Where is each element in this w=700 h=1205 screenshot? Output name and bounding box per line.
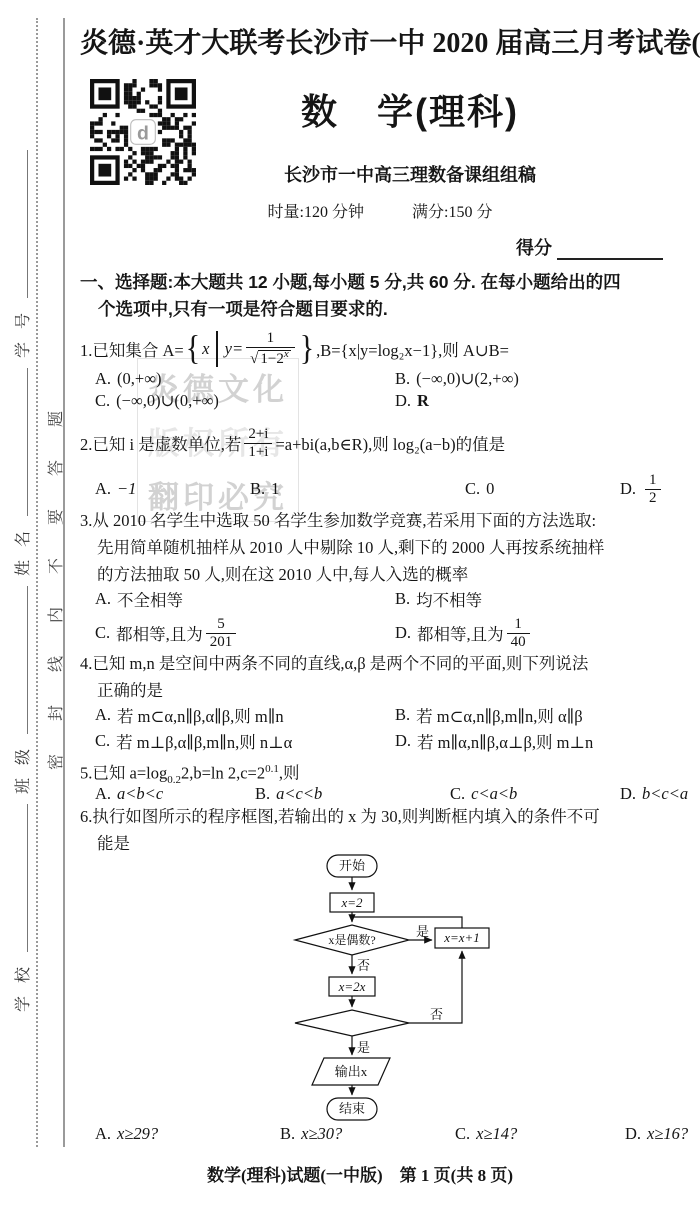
q1-post: ,B={x|y=log₂x−1},则 A∪B=: [316, 337, 509, 361]
option-A: A.a<b<c: [95, 784, 255, 804]
flow-no1-label: 否: [357, 958, 370, 973]
exam-paper-page: 学校 班级 姓名 学号 密封线内不要答题 炎德·英才大联考长沙市一中 2020 …: [0, 0, 700, 1205]
option-A: A.不全相等: [95, 587, 395, 611]
option-C: C.若 m⊥β,α∥β,m∥n,则 n⊥α: [95, 729, 395, 753]
qr-code: d: [90, 79, 196, 185]
subject-title: 数 学(理科): [205, 84, 615, 135]
header-title: 炎德·英才大联考长沙市一中 2020 届高三月考试卷(五): [80, 21, 700, 61]
field-blank-class: [15, 586, 28, 734]
question-2-options: A.−1 B.1 C.0 D.12: [95, 470, 664, 508]
field-label-class: 班级: [10, 736, 33, 794]
flow-increment-label: x=x+1: [443, 930, 480, 945]
option-C: C.c<a<b: [450, 784, 620, 804]
q1-yeq: y=: [225, 339, 243, 359]
q1-brace-right: }: [300, 329, 314, 368]
question-6-stem: 6.执行如图所示的程序框图,若输出的 x 为 30,则判断框内填入的条件不可 能…: [80, 803, 600, 857]
option-A: A.−1: [95, 479, 250, 499]
question-3-stem: 3.从 2010 名学生中选取 50 名学生参加数学竞赛,若采用下面的方法选取:…: [80, 507, 604, 588]
option-B: B.(−∞,0)∪(2,+∞): [395, 369, 519, 389]
section-heading-line1: 一、选择题:本大题共 12 小题,每小题 5 分,共 60 分. 在每小题给出的…: [80, 269, 698, 296]
exam-meta-row: 时量:120 分钟 满分:150 分: [140, 199, 620, 222]
field-blank-school: [15, 804, 28, 952]
section-heading-line2: 个选项中,只有一项是符合题目要求的.: [98, 296, 698, 323]
svg-text:d: d: [137, 123, 149, 145]
score-label: 得分: [516, 234, 552, 260]
q2-fraction: 2+i 1+i: [244, 426, 272, 460]
full-marks: 满分:150 分: [412, 199, 492, 222]
option-D: D.b<c<a: [620, 784, 688, 804]
q2-pre: 2.已知 i 是虚数单位,若: [80, 431, 241, 455]
q1-set-bar: [216, 331, 217, 367]
section-heading: 一、选择题:本大题共 12 小题,每小题 5 分,共 60 分. 在每小题给出的…: [80, 269, 698, 323]
option-C: C.0: [465, 479, 620, 499]
option-C: C.(−∞,0)∪(0,+∞): [95, 391, 395, 411]
option-A: A.x≥29?: [95, 1124, 280, 1144]
seal-text: 密封线内不要答题: [44, 340, 64, 770]
option-D: D.都相等,且为140: [395, 616, 533, 650]
byline: 长沙市一中高三理数备课组组稿: [205, 161, 615, 187]
score-blank: [557, 238, 663, 260]
option-D: D.x≥16?: [625, 1124, 688, 1144]
program-flowchart: 开始 x=2 x是偶数? 是 x=x+1 否 x=2x 否 是 输出x 结束: [250, 850, 550, 1140]
option-B: B.1: [250, 479, 465, 499]
option-A: A.若 m⊂α,n∥β,α∥β,则 m∥n: [95, 703, 395, 727]
question-1-options: A.(0,+∞) B.(−∞,0)∪(2,+∞) C.(−∞,0)∪(0,+∞)…: [95, 369, 519, 411]
option-B: B.若 m⊂α,n∥β,m∥n,则 α∥β: [395, 703, 593, 727]
flow-decision1-label: x是偶数?: [328, 932, 375, 947]
option-D: D.12: [620, 472, 664, 506]
flow-yes2-label: 是: [357, 1040, 370, 1055]
flow-decision2-node: [295, 1010, 409, 1036]
option-B: B.a<c<b: [255, 784, 450, 804]
option-B: B.均不相等: [395, 587, 533, 611]
question-3-options: A.不全相等 B.均不相等 C.都相等,且为5201 D.都相等,且为140: [95, 586, 533, 654]
score-field: 得分: [516, 234, 663, 260]
question-4-options: A.若 m⊂α,n∥β,α∥β,则 m∥n B.若 m⊂α,n∥β,m∥n,则 …: [95, 702, 593, 754]
question-6-options: A.x≥29? B.x≥30? C.x≥14? D.x≥16?: [95, 1122, 688, 1146]
option-A: A.(0,+∞): [95, 369, 395, 389]
option-D: D.R: [395, 391, 519, 411]
q1-pre: 1.已知集合 A=: [80, 337, 184, 361]
flow-output-label: 输出x: [335, 1064, 368, 1079]
option-B: B.x≥30?: [280, 1124, 455, 1144]
student-info-fields: 学校 班级 姓名 学号: [11, 112, 31, 1012]
flow-end-label: 结束: [339, 1101, 365, 1116]
option-C: C.x≥14?: [455, 1124, 625, 1144]
option-C: C.都相等,且为5201: [95, 616, 395, 650]
question-1-stem: 1.已知集合 A= { x y= 1 √1−2x } ,B={x|y=log₂x…: [80, 330, 509, 367]
seal-dotted-line: [36, 18, 38, 1147]
duration: 时量:120 分钟: [268, 199, 364, 222]
field-blank-student-no: [15, 150, 28, 298]
field-blank-name: [15, 368, 28, 516]
flow-yes1-label: 是: [416, 924, 429, 939]
q1-brace-left: {: [186, 329, 200, 368]
q2-post: =a+bi(a,b∈R),则 log₂(a−b)的值是: [275, 431, 505, 455]
q1-fraction: 1 √1−2x: [246, 330, 295, 367]
field-label-name: 姓名: [10, 518, 33, 576]
page-footer: 数学(理科)试题(一中版) 第 1 页(共 8 页): [80, 1161, 640, 1186]
flow-start-label: 开始: [339, 858, 366, 873]
field-label-student-no: 学号: [10, 300, 33, 358]
question-4-stem: 4.已知 m,n 是空间中两条不同的直线,α,β 是两个不同的平面,则下列说法 …: [80, 650, 588, 704]
question-2-stem: 2.已知 i 是虚数单位,若 2+i 1+i =a+bi(a,b∈R),则 lo…: [80, 426, 505, 460]
q1-var: x: [202, 339, 209, 359]
field-label-school: 学校: [10, 954, 33, 1012]
flow-init-label: x=2: [340, 895, 363, 910]
flow-no2-label: 否: [430, 1007, 443, 1022]
flow-double-label: x=2x: [338, 979, 366, 994]
option-D: D.若 m∥α,n∥β,α⊥β,则 m⊥n: [395, 729, 593, 753]
